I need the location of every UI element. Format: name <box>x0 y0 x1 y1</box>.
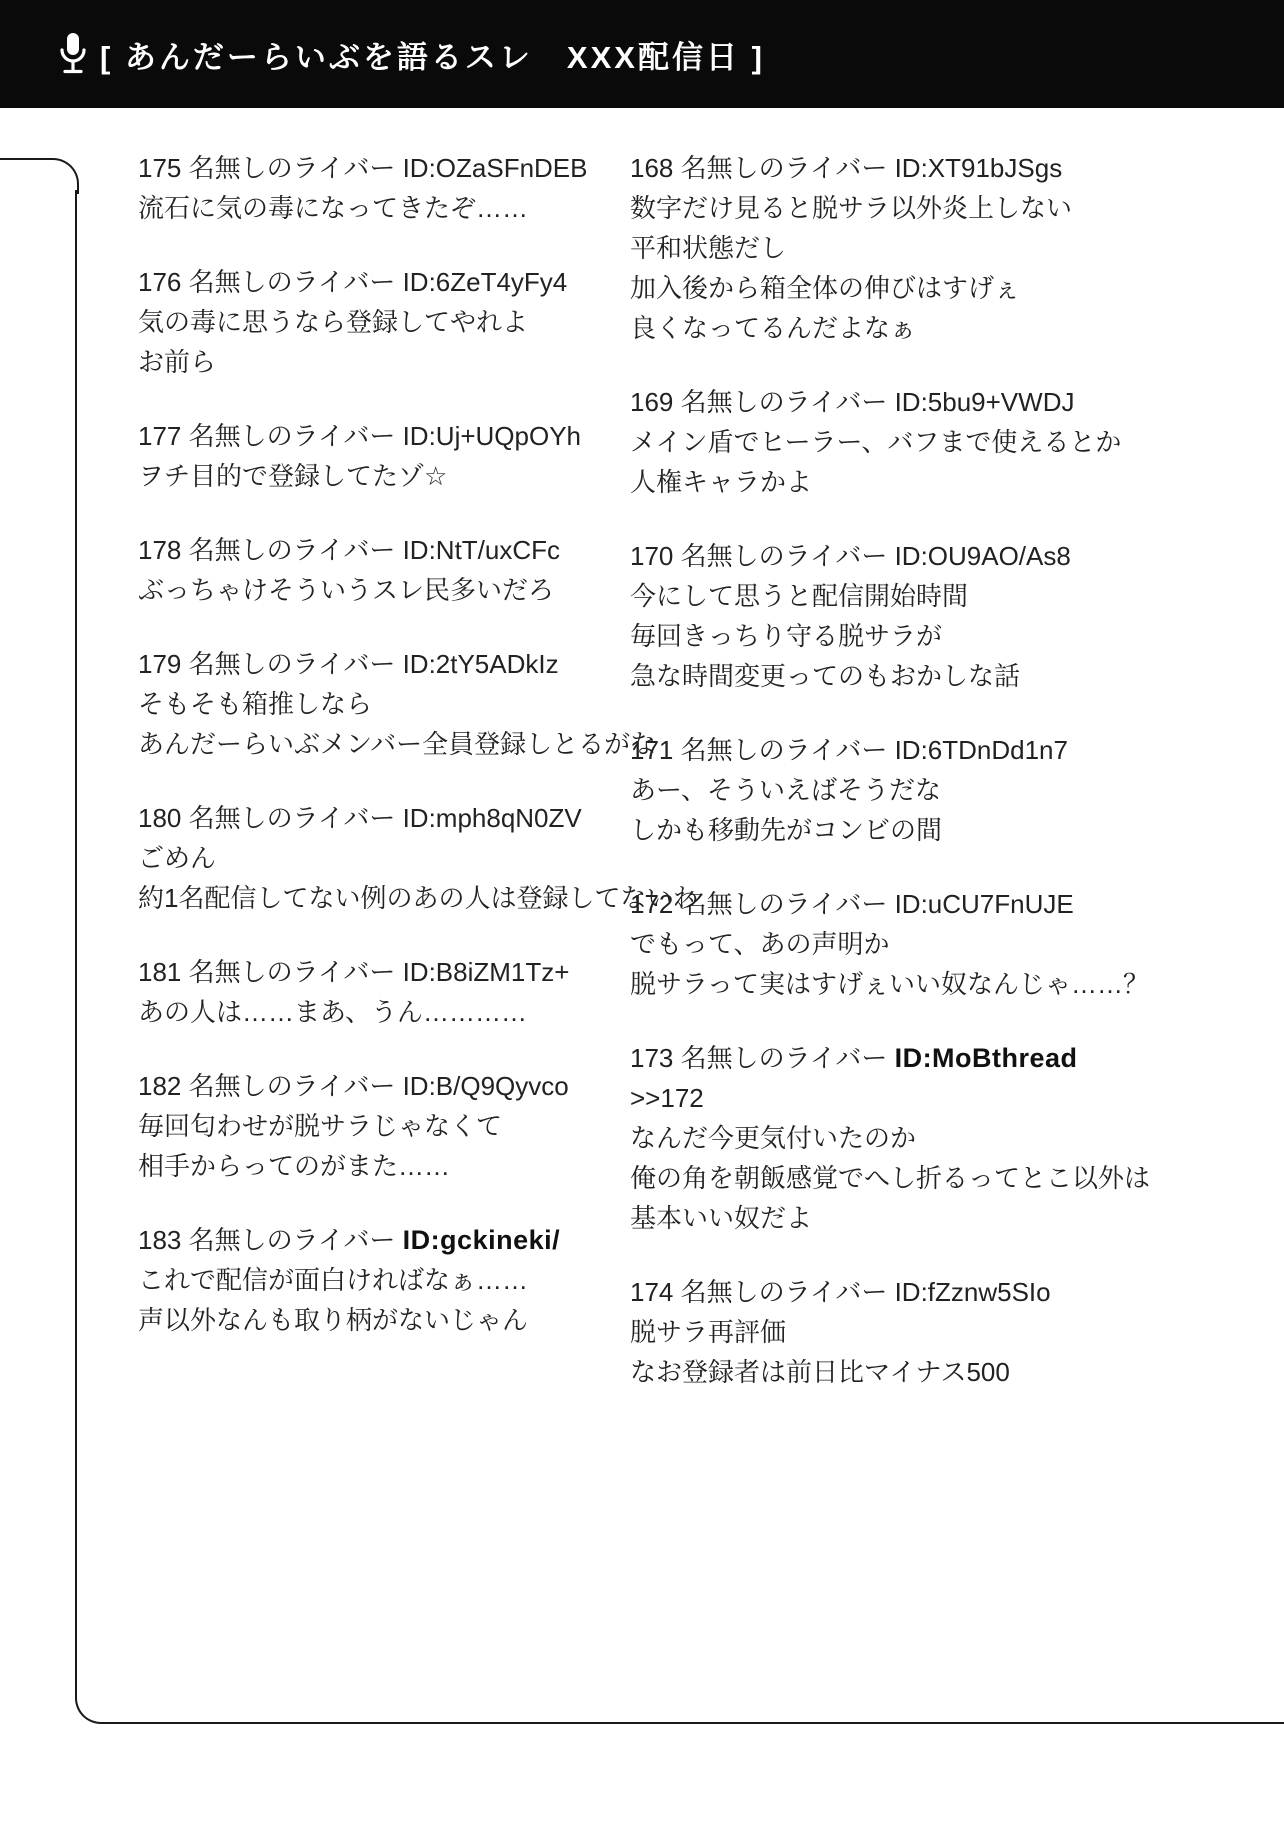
poster-name: 名無しのライバー <box>189 649 396 679</box>
post-header: 168 名無しのライバー ID:XT91bJSgs <box>630 148 1135 188</box>
post-line: 気の毒に思うなら登録してやれよ <box>138 302 643 342</box>
thread-post: 172 名無しのライバー ID:uCU7FnUJEでもって、あの声明か脱サラって… <box>630 884 1135 1004</box>
post-line: 毎回匂わせが脱サラじゃなくて <box>138 1106 643 1146</box>
post-id: ID:B/Q9Qyvco <box>403 1071 569 1101</box>
post-line: 良くなってるんだよなぁ <box>630 308 1135 348</box>
post-id: ID:6TDnDd1n7 <box>895 735 1068 765</box>
thread-post: 170 名無しのライバー ID:OU9AO/As8今にして思うと配信開始時間毎回… <box>630 536 1135 696</box>
post-id: ID:gckineki/ <box>403 1225 561 1255</box>
post-header: 170 名無しのライバー ID:OU9AO/As8 <box>630 536 1135 576</box>
post-line: 今にして思うと配信開始時間 <box>630 576 1135 616</box>
post-number: 176 <box>138 267 181 297</box>
thread-post: 168 名無しのライバー ID:XT91bJSgs数字だけ見ると脱サラ以外炎上し… <box>630 148 1135 348</box>
post-line: 加入後から箱全体の伸びはすげぇ <box>630 268 1135 308</box>
post-number: 182 <box>138 1071 181 1101</box>
post-line: 毎回きっちり守る脱サラが <box>630 616 1135 656</box>
post-line: 数字だけ見ると脱サラ以外炎上しない <box>630 188 1135 228</box>
post-line: ぶっちゃけそういうスレ民多いだろ <box>138 570 643 610</box>
post-line: あー、そういえばそうだな <box>630 770 1135 810</box>
post-header: 169 名無しのライバー ID:5bu9+VWDJ <box>630 382 1135 422</box>
poster-name: 名無しのライバー <box>681 889 888 919</box>
post-header: 180 名無しのライバー ID:mph8qN0ZV <box>138 798 643 838</box>
post-line: 平和状態だし <box>630 228 1135 268</box>
post-line: しかも移動先がコンビの間 <box>630 810 1135 850</box>
thread-title: [ あんだーらいぶを語るスレ XXX配信日 ] <box>100 32 765 77</box>
thread-post: 182 名無しのライバー ID:B/Q9Qyvco毎回匂わせが脱サラじゃなくて相… <box>138 1066 643 1186</box>
thread-post: 181 名無しのライバー ID:B8iZM1Tz+あの人は……まあ、うん………… <box>138 952 643 1032</box>
poster-name: 名無しのライバー <box>189 957 396 987</box>
post-header: 172 名無しのライバー ID:uCU7FnUJE <box>630 884 1135 924</box>
post-line: そもそも箱推しなら <box>138 684 643 724</box>
post-header: 173 名無しのライバー ID:MoBthread <box>630 1038 1135 1078</box>
post-id: ID:OZaSFnDEB <box>403 153 588 183</box>
post-number: 174 <box>630 1277 673 1307</box>
post-line: ごめん <box>138 838 643 878</box>
poster-name: 名無しのライバー <box>681 1277 888 1307</box>
post-line: 基本いい奴だよ <box>630 1198 1135 1238</box>
thread-post: 175 名無しのライバー ID:OZaSFnDEB流石に気の毒になってきたぞ…… <box>138 148 643 228</box>
post-line: 急な時間変更ってのもおかしな話 <box>630 656 1135 696</box>
poster-name: 名無しのライバー <box>189 535 396 565</box>
post-header: 171 名無しのライバー ID:6TDnDd1n7 <box>630 730 1135 770</box>
thread-post: 176 名無しのライバー ID:6ZeT4yFy4気の毒に思うなら登録してやれよ… <box>138 262 643 382</box>
poster-name: 名無しのライバー <box>681 541 888 571</box>
post-line: >>172 <box>630 1078 1135 1118</box>
post-line: あんだーらいぶメンバー全員登録しとるがな <box>138 724 643 764</box>
post-line: でもって、あの声明か <box>630 924 1135 964</box>
thread-column-left: 175 名無しのライバー ID:OZaSFnDEB流石に気の毒になってきたぞ……… <box>138 148 643 1374</box>
thread-post: 178 名無しのライバー ID:NtT/uxCFcぶっちゃけそういうスレ民多いだ… <box>138 530 643 610</box>
post-line: 脱サラ再評価 <box>630 1312 1135 1352</box>
post-line: なお登録者は前日比マイナス500 <box>630 1352 1135 1392</box>
thread-post: 169 名無しのライバー ID:5bu9+VWDJメイン盾でヒーラー、バフまで使… <box>630 382 1135 502</box>
post-number: 180 <box>138 803 181 833</box>
poster-name: 名無しのライバー <box>681 735 888 765</box>
post-number: 178 <box>138 535 181 565</box>
post-line: なんだ今更気付いたのか <box>630 1118 1135 1158</box>
post-number: 179 <box>138 649 181 679</box>
header-bar: [ あんだーらいぶを語るスレ XXX配信日 ] <box>0 0 1284 108</box>
post-id: ID:OU9AO/As8 <box>895 541 1071 571</box>
post-id: ID:2tY5ADkIz <box>403 649 559 679</box>
post-line: 俺の角を朝飯感覚でへし折るってとこ以外は <box>630 1158 1135 1198</box>
post-id: ID:fZznw5SIo <box>895 1277 1051 1307</box>
post-line: 約1名配信してない例のあの人は登録してないわ <box>138 878 643 918</box>
post-number: 181 <box>138 957 181 987</box>
post-id: ID:5bu9+VWDJ <box>895 387 1075 417</box>
thread-post: 177 名無しのライバー ID:Uj+UQpOYhヲチ目的で登録してたゾ☆ <box>138 416 643 496</box>
thread-post: 174 名無しのライバー ID:fZznw5SIo脱サラ再評価なお登録者は前日比… <box>630 1272 1135 1392</box>
post-header: 174 名無しのライバー ID:fZznw5SIo <box>630 1272 1135 1312</box>
poster-name: 名無しのライバー <box>189 803 396 833</box>
poster-name: 名無しのライバー <box>189 153 396 183</box>
poster-name: 名無しのライバー <box>189 267 396 297</box>
thread-post: 183 名無しのライバー ID:gckineki/これで配信が面白ければなぁ……… <box>138 1220 643 1340</box>
post-line: 流石に気の毒になってきたぞ…… <box>138 188 643 228</box>
post-id: ID:6ZeT4yFy4 <box>403 267 568 297</box>
post-id: ID:uCU7FnUJE <box>895 889 1074 919</box>
poster-name: 名無しのライバー <box>189 1225 396 1255</box>
thread-post: 179 名無しのライバー ID:2tY5ADkIzそもそも箱推しならあんだーらい… <box>138 644 643 764</box>
microphone-icon <box>58 30 88 78</box>
thread-post: 173 名無しのライバー ID:MoBthread>>172なんだ今更気付いたの… <box>630 1038 1135 1238</box>
post-id: ID:B8iZM1Tz+ <box>403 957 570 987</box>
post-header: 181 名無しのライバー ID:B8iZM1Tz+ <box>138 952 643 992</box>
post-header: 177 名無しのライバー ID:Uj+UQpOYh <box>138 416 643 456</box>
post-id: ID:mph8qN0ZV <box>403 803 582 833</box>
post-id: ID:Uj+UQpOYh <box>403 421 581 451</box>
thread-column-right: 168 名無しのライバー ID:XT91bJSgs数字だけ見ると脱サラ以外炎上し… <box>630 148 1135 1426</box>
thread-post: 171 名無しのライバー ID:6TDnDd1n7あー、そういえばそうだなしかも… <box>630 730 1135 850</box>
poster-name: 名無しのライバー <box>189 1071 396 1101</box>
page-frame-top-corner <box>0 158 79 194</box>
post-line: 脱サラって実はすげぇいい奴なんじゃ……？ <box>630 964 1135 1004</box>
post-number: 172 <box>630 889 673 919</box>
post-header: 183 名無しのライバー ID:gckineki/ <box>138 1220 643 1260</box>
thread-post: 180 名無しのライバー ID:mph8qN0ZVごめん約1名配信してない例のあ… <box>138 798 643 918</box>
poster-name: 名無しのライバー <box>189 421 396 451</box>
post-line: 人権キャラかよ <box>630 462 1135 502</box>
post-id: ID:XT91bJSgs <box>895 153 1063 183</box>
post-header: 175 名無しのライバー ID:OZaSFnDEB <box>138 148 643 188</box>
post-line: ヲチ目的で登録してたゾ☆ <box>138 456 643 496</box>
post-number: 168 <box>630 153 673 183</box>
post-header: 178 名無しのライバー ID:NtT/uxCFc <box>138 530 643 570</box>
post-header: 176 名無しのライバー ID:6ZeT4yFy4 <box>138 262 643 302</box>
post-line: 相手からってのがまた…… <box>138 1146 643 1186</box>
post-line: お前ら <box>138 342 643 382</box>
post-number: 170 <box>630 541 673 571</box>
post-number: 169 <box>630 387 673 417</box>
poster-name: 名無しのライバー <box>681 1043 888 1073</box>
poster-name: 名無しのライバー <box>681 153 888 183</box>
post-line: 声以外なんも取り柄がないじゃん <box>138 1300 643 1340</box>
post-number: 171 <box>630 735 673 765</box>
post-id: ID:MoBthread <box>895 1043 1078 1073</box>
post-number: 175 <box>138 153 181 183</box>
post-line: あの人は……まあ、うん………… <box>138 992 643 1032</box>
poster-name: 名無しのライバー <box>681 387 888 417</box>
post-number: 177 <box>138 421 181 451</box>
post-id: ID:NtT/uxCFc <box>403 535 560 565</box>
post-header: 179 名無しのライバー ID:2tY5ADkIz <box>138 644 643 684</box>
post-number: 173 <box>630 1043 673 1073</box>
post-header: 182 名無しのライバー ID:B/Q9Qyvco <box>138 1066 643 1106</box>
post-number: 183 <box>138 1225 181 1255</box>
post-line: これで配信が面白ければなぁ…… <box>138 1260 643 1300</box>
post-line: メイン盾でヒーラー、バフまで使えるとか <box>630 422 1135 462</box>
